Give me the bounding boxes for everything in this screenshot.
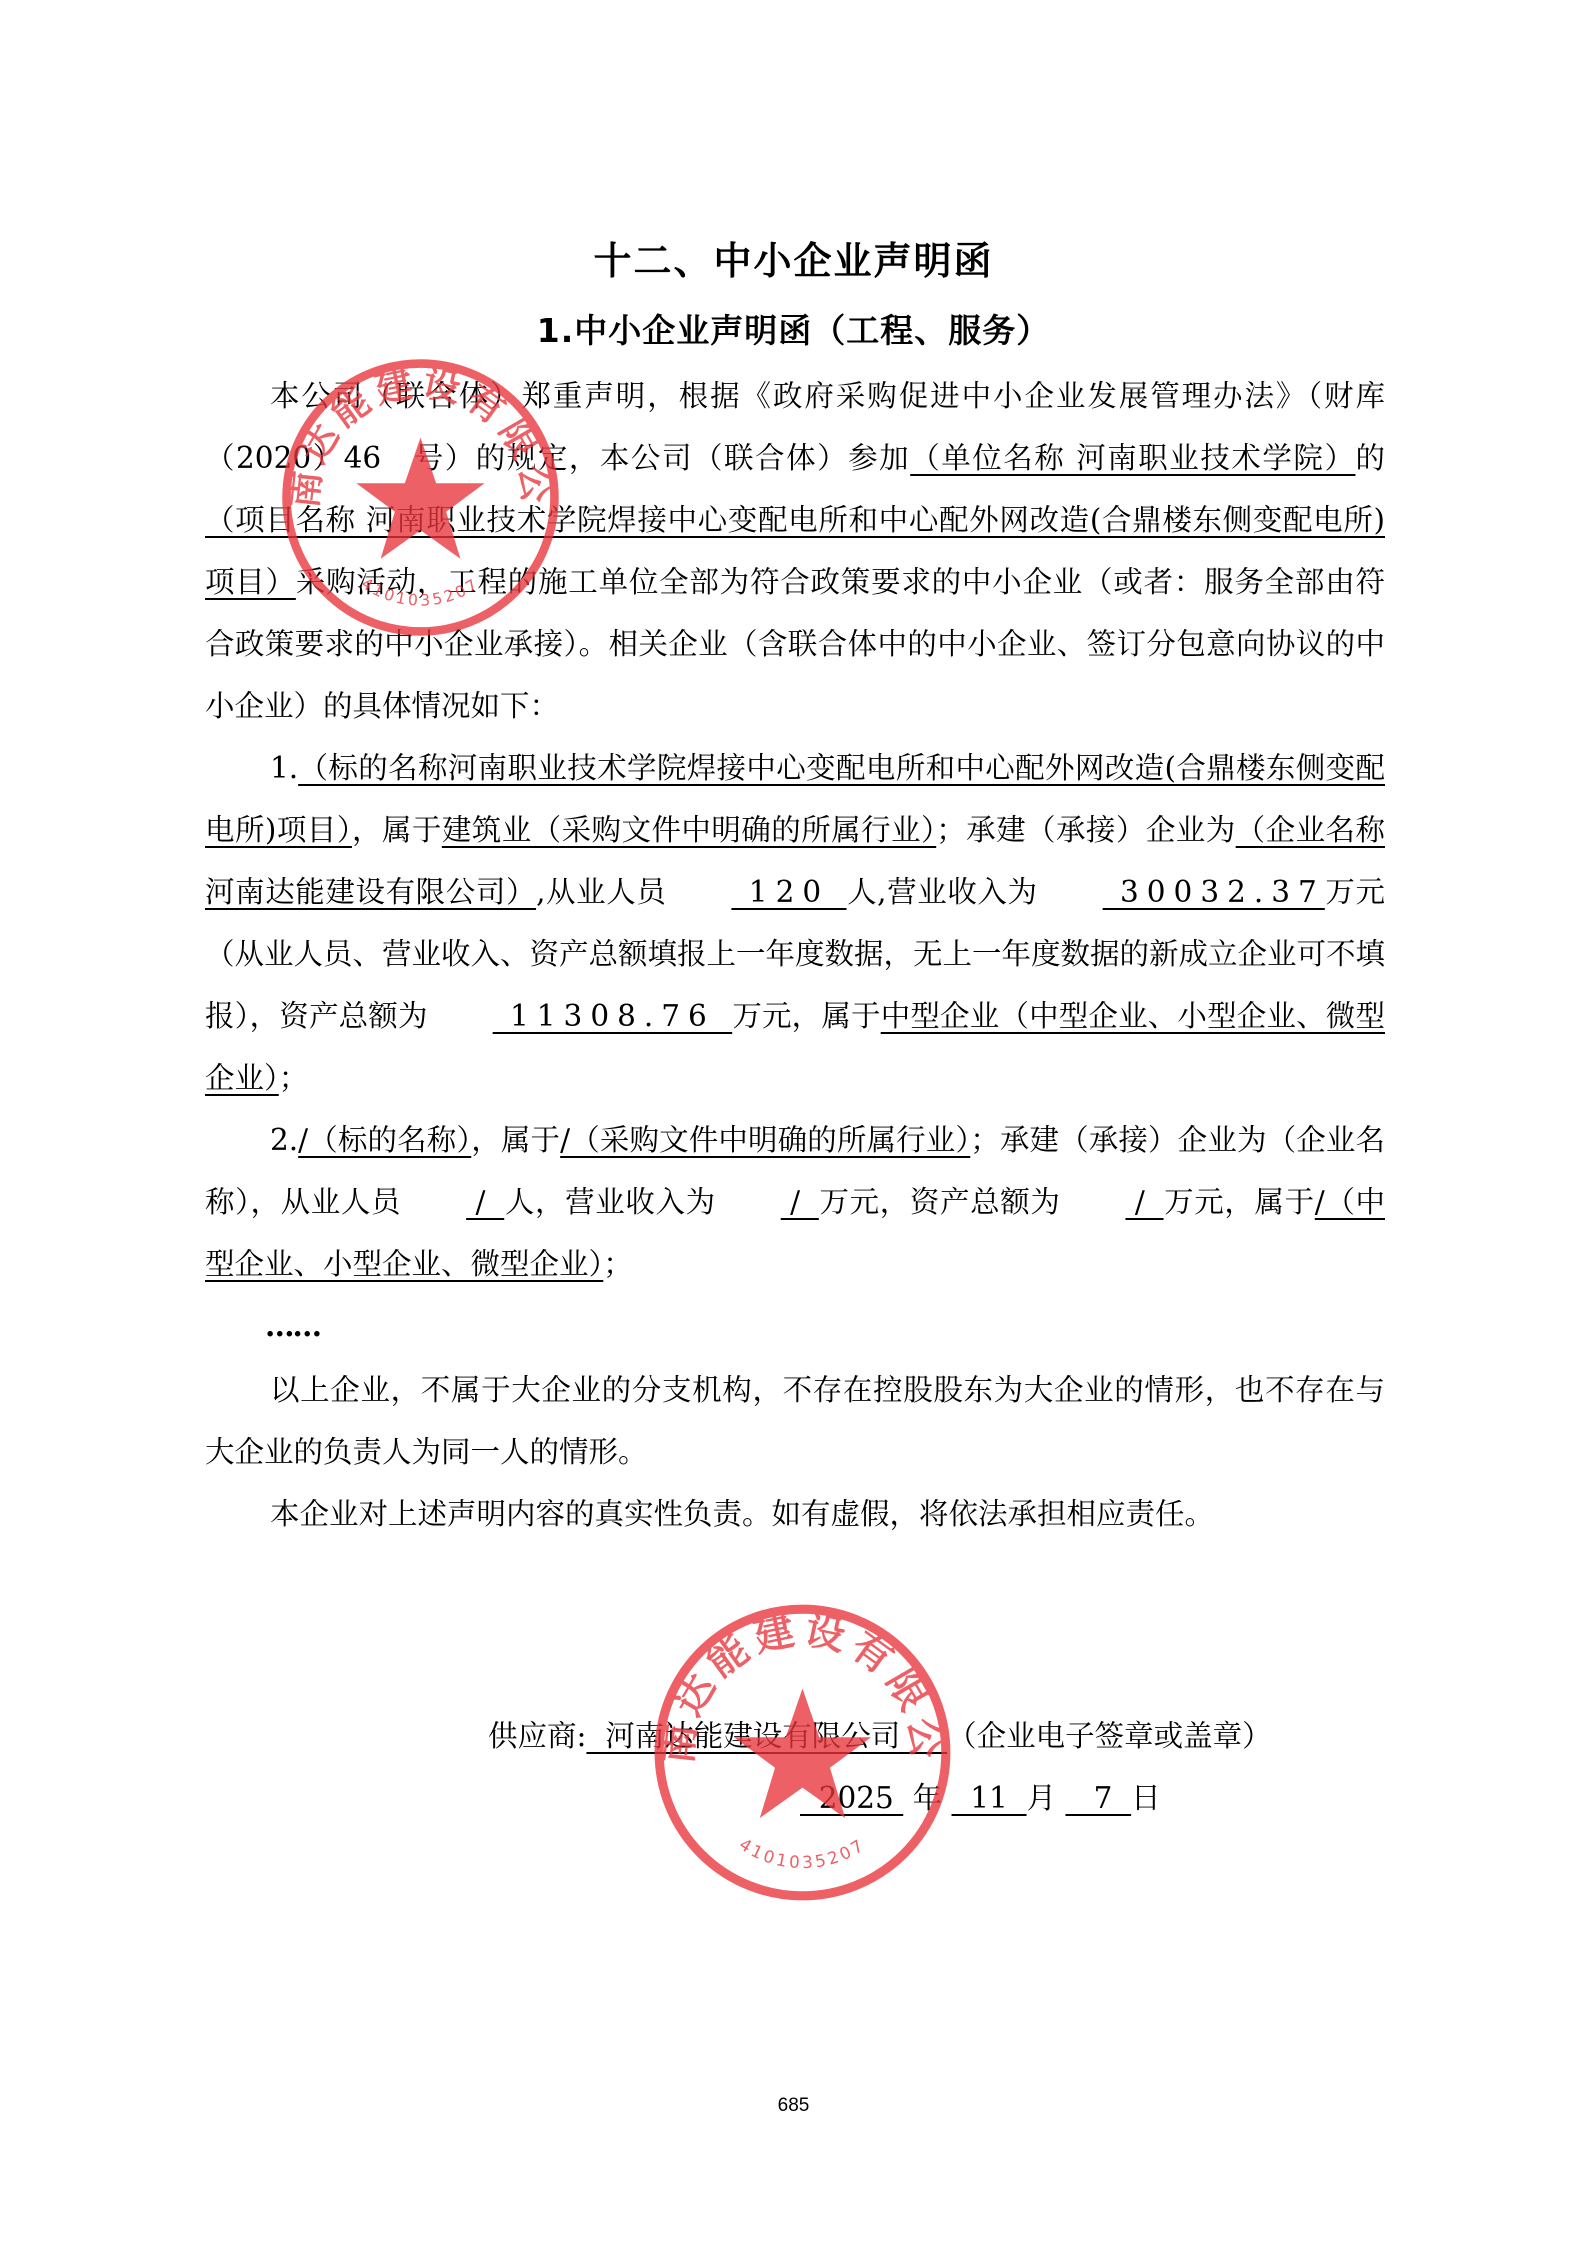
item2-employees: / — [401, 1171, 504, 1233]
seal-note: （企业电子签章或盖章） — [947, 1719, 1272, 1753]
item1-assets: 11308.76 — [428, 985, 733, 1047]
page-number: 685 — [0, 2095, 1587, 2117]
signature-date: 2025 年 11 月 7 日 — [800, 1767, 1161, 1829]
item1-revenue: 30032.37 — [1038, 861, 1325, 923]
date-month: 11 — [952, 1767, 1027, 1829]
declaration-title: 1.中小企业声明函（工程、服务） — [0, 305, 1587, 352]
declaration-body: 本公司（联合体）郑重声明，根据《政府采购促进中小企业发展管理办法》（财库（202… — [205, 365, 1385, 1545]
statement-not-large-enterprise: 以上企业，不属于大企业的分支机构，不存在控股股东为大企业的情形，也不存在与大企业… — [205, 1359, 1385, 1483]
enterprise-item-2: 2./（标的名称），属于/（采购文件中明确的所属行业）；承建（承接）企业为（企业… — [205, 1109, 1385, 1295]
section-heading: 十二、中小企业声明函 — [0, 230, 1587, 285]
ellipsis: …… — [205, 1295, 1385, 1357]
enterprise-item-1: 1.（标的名称河南职业技术学院焊接中心变配电所和中心配外网改造(合鼎楼东侧变配电… — [205, 737, 1385, 1109]
supplier-label: 供应商: — [488, 1719, 586, 1753]
item2-industry: /（采购文件中明确的所属行业） — [560, 1123, 970, 1157]
purchaser-name: （单位名称 河南职业技术学院） — [910, 441, 1355, 475]
item2-revenue: / — [716, 1171, 819, 1233]
item2-subject: /（标的名称） — [298, 1123, 471, 1157]
item1-employees: 120 — [666, 861, 846, 923]
item2-assets: / — [1060, 1171, 1163, 1233]
document-page: 十二、中小企业声明函 1.中小企业声明函（工程、服务） 本公司（联合体）郑重声明… — [0, 0, 1587, 2245]
supplier-name: 河南达能建设有限公司 — [586, 1705, 947, 1767]
intro-paragraph: 本公司（联合体）郑重声明，根据《政府采购促进中小企业发展管理办法》（财库（202… — [205, 365, 1385, 737]
date-year: 2025 — [800, 1767, 903, 1829]
item1-industry: 建筑业（采购文件中明确的所属行业） — [442, 813, 936, 847]
date-day: 7 — [1065, 1767, 1131, 1829]
svg-text:4101035207: 4101035207 — [736, 1834, 869, 1872]
supplier-signature-line: 供应商: 河南达能建设有限公司 （企业电子签章或盖章） — [488, 1705, 1388, 1767]
statement-truthfulness: 本企业对上述声明内容的真实性负责。如有虚假，将依法承担相应责任。 — [205, 1483, 1385, 1545]
